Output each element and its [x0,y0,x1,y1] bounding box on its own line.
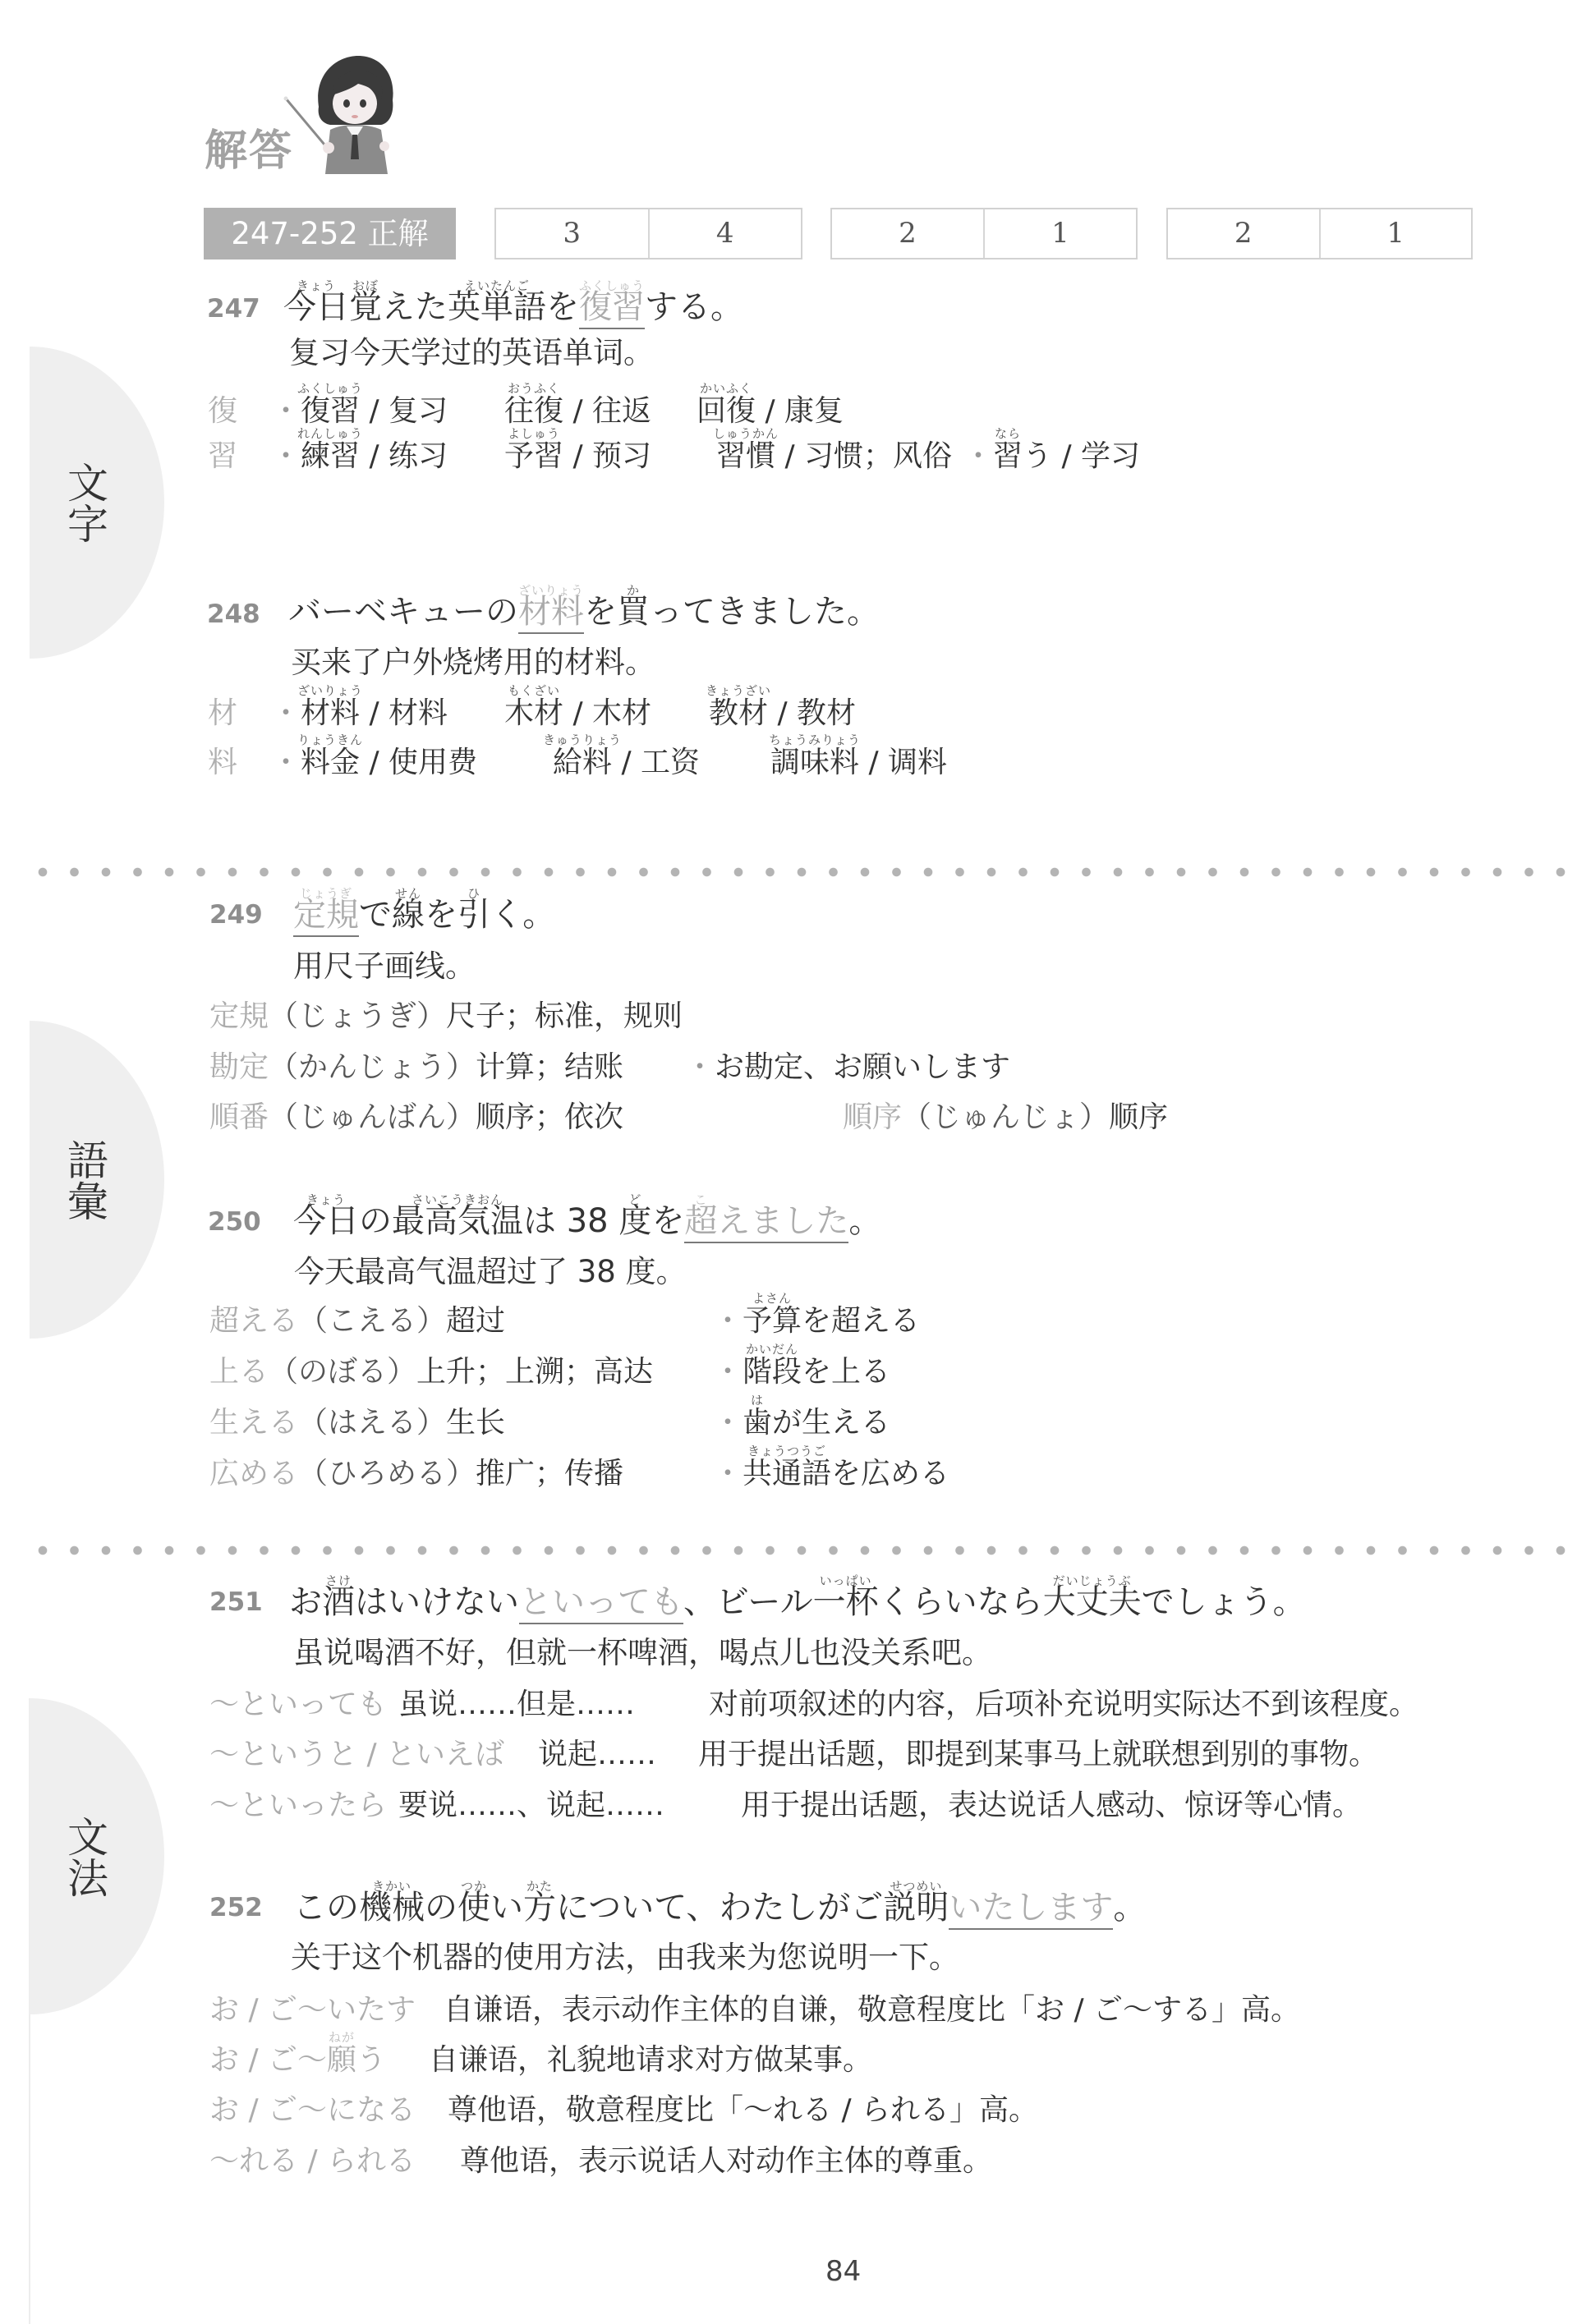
segment-text: はいけない [355,1583,519,1621]
ruby-word: 方かた [523,1887,556,1928]
ruby-word: 今日きょう [283,287,349,328]
segment-text: 酒 [322,1583,355,1621]
kanji-label: 習 [208,438,237,475]
dotted-divider [27,1545,1577,1556]
side-tab-label: 文字 [63,462,106,544]
grammar-explanation: 尊他语，表示说话人对动作主体的尊重。 [460,2143,992,2180]
furigana: さけ [325,1575,352,1587]
text-segment: を [425,894,457,935]
text-segment: 要说……、说起…… [398,1787,664,1825]
reading-text: （こえる） [298,1302,446,1340]
segment-text: 使 [457,1889,490,1927]
segment-text: 一杯 [813,1583,879,1621]
segment-text: 今日 [283,288,349,326]
reading-text: （かんじょう） [269,1049,476,1086]
segment-text: を上る [802,1355,890,1389]
segment-text: / 工资 [612,746,700,779]
segment-text: / 调料 [859,746,947,779]
segment-text: 往復 [504,394,563,428]
question-number: 248 [207,594,260,635]
furigana: きかい [372,1881,411,1893]
vocab-entry: 順番（じゅんばん）顺序；依次 [209,1099,623,1137]
segment-text: を [651,1202,684,1240]
furigana: よしゅう [508,428,560,440]
kanji-label: 材 [208,695,237,733]
vocab-entry: 上る（のぼる）上升；上溯；高达 [209,1353,653,1391]
furigana: なら [995,428,1021,440]
ruby-word: 材料ざいりょう [301,695,360,733]
question-number: 247 [207,288,260,329]
segment-text: 調味料 [770,746,859,779]
segment-text: 英単語 [448,288,546,326]
text-segment: を [651,1201,684,1242]
segment-text: お / ご～いたす [209,1993,416,2027]
furigana: じょうぎ [300,888,352,900]
bullet-dot: ・ [713,1455,743,1493]
furigana: ざいりょう [518,585,584,597]
text-segment: 。 [1113,1887,1146,1928]
segment-text: を [425,896,457,934]
segment-text: 広める [209,1457,298,1490]
segment-text: 今日 [293,1202,359,1240]
segment-text: 度 [618,1202,651,1240]
furigana: ひ [467,888,480,900]
furigana: しゅうかん [713,428,779,440]
side-tab-goi: 語彙 [30,1021,164,1339]
text-segment: の [359,1201,392,1242]
reading-text: （じょうぎ） [269,998,446,1036]
target-word: えました [717,1201,848,1243]
text-segment: 对前项叙述的内容，后项补充说明实际达不到该程度。 [709,1686,1418,1724]
side-tab-label: 語彙 [63,1139,106,1221]
ruby-word: 引ひ [457,894,490,935]
pointer-tip [284,97,288,101]
ruby-word: 願ねが [327,2042,356,2079]
text-segment: 推广；传播 [476,1455,623,1493]
ruby-word: 一杯いっぱい [813,1582,879,1623]
target-word: 復習ふくしゅう [579,287,645,329]
ruby-word: 酒さけ [322,1582,355,1623]
segment-text: く。 [490,896,555,934]
term-text: お / ご～になる [209,2092,416,2129]
text-segment: / 复习 [360,393,448,430]
answer-group-1: 3 4 [494,208,802,259]
segment-text: バーベキューの [288,593,518,631]
page-number: 84 [825,2254,861,2289]
ruby-word: 英単語えいたんご [448,287,546,328]
furigana: いっぱい [820,1575,872,1587]
answer-cell: 4 [648,209,802,258]
grammar-explanation: 自谦语，礼貌地请求对方做某事。 [429,2042,872,2079]
segment-text: 習慣 [716,439,775,473]
segment-text: が生える [772,1406,890,1440]
text-segment: い [490,1887,523,1928]
ruby-word: 復習ふくしゅう [301,393,360,430]
furigana: もくざい [508,685,560,697]
kanji-example: 予習よしゅう / 预习 [504,438,651,475]
bullet-dot: ・ [713,1353,743,1391]
segment-text: 給料 [553,746,612,779]
answer-group-2: 2 1 [830,208,1138,259]
segment-text: / 预习 [563,439,651,473]
segment-text: 用于提出话题，即提到某事马上就联想到别的事物。 [698,1738,1378,1771]
mouth [352,115,358,118]
ruby-word: 習慣しゅうかん [716,438,775,475]
question-sentence: この機械きかいの使つかい方かたについて、わたしがご説明せつめいいたします。 [293,1887,1146,1928]
target-word: といっても [519,1582,683,1624]
term-text: お / ご～いたす [209,1991,416,2029]
segment-text: / 习惯；风俗 [775,439,952,473]
grammar-meaning: 说起…… [538,1736,656,1774]
segment-text: 用于提出话题，表达说话人感动、惊讶等心情。 [741,1789,1362,1822]
translation: 用尺子画线。 [293,948,476,985]
grammar-explanation: 自谦语，表示动作主体的自谦，敬意程度比「お / ご～する」高。 [444,1991,1300,2029]
ruby-word: 調味料ちょうみりょう [770,744,859,782]
segment-text: 超 [684,1202,717,1240]
text-segment: を [584,591,617,632]
text-segment: を [546,287,579,328]
segment-text: ・ [713,1457,743,1490]
segment-text: 上升；上溯；高达 [416,1355,653,1389]
text-segment: 尊他语，表示说话人对动作主体的尊重。 [460,2143,992,2180]
segment-text: ・ [271,394,301,428]
segment-text: 回復 [697,394,756,428]
segment-text: で [359,896,392,934]
side-tab-label: 文法 [63,1816,106,1898]
furigana: きょう [297,280,336,292]
segment-text: えた [382,288,448,326]
text-segment: でしょう。 [1142,1582,1306,1623]
segment-text: （はえる） [298,1406,446,1440]
segment-text: は 38 [523,1202,618,1240]
answer-cell: 3 [496,209,648,258]
segment-text: 要说……、说起…… [398,1789,664,1822]
question-number: 249 [209,894,263,935]
grammar-pattern: お / ご～いたす [209,1991,416,2029]
segment-text: 生长 [446,1406,505,1440]
segment-text: / 复习 [360,394,448,428]
ruby-word: 階段かいだん [743,1353,802,1391]
text-segment: バーベキューの [288,591,518,632]
text-segment: 生长 [446,1404,505,1442]
segment-text: の [425,1889,457,1927]
segment-text: 予習 [504,439,563,473]
kanji-example: ・練習れんしゅう / 练习 [271,438,448,475]
segment-text: ～れる / られる [209,2144,416,2178]
ruby-word: 説明せつめい [883,1887,949,1928]
segment-text: 。 [1113,1889,1146,1927]
target-word: 超こ [684,1201,717,1243]
grammar-pattern: ～といったら [209,1787,387,1825]
furigana: かいだん [746,1343,798,1356]
text-segment: 用于提出话题，表达说话人感动、惊讶等心情。 [741,1787,1362,1825]
term-text: 順序 [843,1099,902,1137]
segment-text: / 练习 [360,439,448,473]
text-segment: する。 [645,287,743,328]
grammar-pattern: お / ご～になる [209,2092,416,2129]
furigana: かいふく [700,383,752,395]
text-segment: 。 [848,1201,881,1242]
text-segment: 计算；结账 [476,1049,623,1086]
text-segment: / 木材 [563,695,651,733]
kanji-example: ・習ならう / 学习 [963,438,1140,475]
question-number: 251 [209,1582,263,1623]
bullet-dot: ・ [685,1049,715,1086]
text-segment: 顺序；依次 [476,1099,623,1137]
segment-text: 尊他语，表示说话人对动作主体的尊重。 [460,2144,992,2178]
furigana: おうふく [508,383,560,395]
right-hand [379,141,389,151]
ruby-word: 給料きゅうりょう [553,744,612,782]
reading-text: （のぼる） [269,1353,416,1391]
text-segment: はいけない [355,1582,519,1623]
furigana: だいじょうぶ [1053,1575,1132,1587]
term-text: 勘定 [209,1049,269,1086]
segment-text: 勘定 [209,1050,269,1084]
segment-text: 尊他语，敬意程度比「～れる / られる」高。 [448,2093,1038,2127]
question-sentence: 今日きょう覚おぼえた英単語えいたんごを復習ふくしゅうする。 [283,287,743,328]
text-segment: を超える [802,1302,920,1340]
furigana: えいたんご [464,280,530,292]
text-segment: を上る [802,1353,890,1391]
kanji-example: ・材料ざいりょう / 材料 [271,695,448,733]
furigana: れんしゅう [297,428,363,440]
segment-text: / 教材 [768,696,856,730]
text-segment: えた [382,287,448,328]
segment-text: 、ビール [683,1583,813,1621]
vocab-entry: 勘定（かんじょう）计算；结账 [209,1049,623,1086]
reading-text: （じゅんじょ） [902,1099,1109,1137]
segment-text: この [293,1889,359,1927]
term-text: ～というと / といえば [209,1736,504,1774]
left-hand [323,142,334,154]
right-eye [360,99,366,108]
segment-text: 定規 [293,896,359,934]
text-segment: を広める [831,1455,949,1493]
segment-text: お勘定、お願いします [715,1050,1010,1084]
kanji-example: 調味料ちょうみりょう / 调料 [770,744,947,782]
segment-text: 説明 [883,1889,949,1927]
grammar-explanation: 对前项叙述的内容，后项补充说明实际达不到该程度。 [709,1686,1418,1724]
kanji-example: 教材きょうざい / 教材 [709,695,856,733]
kanji-label: 復 [208,393,237,430]
ruby-word: 最高気温さいこうきおん [392,1201,523,1242]
segment-text: 推广；传播 [476,1457,623,1490]
answer-group-3: 2 1 [1166,208,1473,259]
segment-text: ・ [685,1050,715,1084]
segment-text: （こえる） [298,1304,446,1338]
dotted-divider [27,866,1577,878]
text-segment: お勘定、お願いします [715,1049,1010,1086]
text-segment: お [289,1582,322,1623]
segment-text: ・ [713,1304,743,1338]
text-segment: / 使用费 [360,744,477,782]
term-text: 定規 [209,998,269,1036]
segment-text: / 木材 [563,696,651,730]
segment-text: を [584,593,617,631]
furigana: せつめい [890,1881,942,1893]
reading-text: （ひろめる） [298,1455,476,1493]
vocab-entry: 超える（こえる）超过 [209,1302,505,1340]
segment-text: を [546,288,579,326]
segment-text: 计算；结账 [476,1050,623,1084]
segment-text: 線 [392,896,425,934]
segment-text: 願 [327,2043,356,2077]
question-number: 252 [209,1887,263,1928]
term-text: 生える [209,1404,298,1442]
segment-text: 说起…… [538,1738,656,1771]
text-segment: 尺子；标准，规则 [446,998,683,1036]
ruby-word: 教材きょうざい [709,695,768,733]
grammar-explanation: 用于提出话题，表达说话人感动、惊讶等心情。 [741,1787,1362,1825]
segment-text: 引 [457,896,490,934]
grammar-pattern: ～といっても [209,1686,387,1724]
vocab-entry: 広める（ひろめる）推广；传播 [209,1455,623,1493]
ruby-word: 買か [617,591,650,632]
furigana: きょう [306,1194,346,1206]
grammar-pattern: ～というと / といえば [209,1736,504,1774]
text-segment: 尊他语，敬意程度比「～れる / られる」高。 [448,2092,1038,2129]
segment-text: / 材料 [360,696,448,730]
grammar-meaning: 虽说……但是…… [398,1686,635,1724]
segment-text: 習 [993,439,1023,473]
grammar-pattern: お / ご～願ねがう [209,2042,386,2079]
text-segment: / 教材 [768,695,856,733]
target-word: 定規じょうぎ [293,894,359,937]
segment-text: ・ [963,439,993,473]
answer-cell: 2 [1168,209,1319,258]
text-segment: く。 [490,894,555,935]
segment-text: 上る [209,1355,269,1389]
segment-text: （ひろめる） [298,1457,476,1490]
ruby-word: 予算よさん [743,1302,802,1340]
vocab-entry: 順序（じゅんじょ）顺序 [843,1099,1168,1137]
segment-text: ってきました。 [650,593,880,631]
furigana: さいこうきおん [411,1194,503,1206]
segment-text: ・ [271,696,301,730]
text-segment: 自谦语，礼貌地请求对方做某事。 [429,2042,872,2079]
segment-text: 。 [848,1202,881,1240]
bullet-dot: ・ [713,1302,743,1340]
furigana: きょうざい [706,685,771,697]
answer-cell: 2 [832,209,983,258]
reading-text: （じゅんばん） [269,1099,476,1137]
furigana: かた [526,1881,553,1893]
vocab-entry: 生える（はえる）生长 [209,1404,505,1442]
ruby-word: 木材もくざい [504,695,563,733]
segment-text: 方 [523,1889,556,1927]
segment-text: （かんじょう） [269,1050,476,1084]
segment-text: 超える [209,1304,298,1338]
segment-text: する。 [645,288,743,326]
ruby-word: 使つか [457,1887,490,1928]
vocab-entry: 定規（じょうぎ）尺子；标准，规则 [209,998,683,1036]
text-segment: について、わたしがご [556,1887,883,1928]
ruby-word: 回復かいふく [697,393,756,430]
vocab-example: ・階段かいだんを上る [713,1353,890,1391]
segment-text: 大丈夫 [1043,1583,1142,1621]
segment-text: 教材 [709,696,768,730]
grammar-meaning: 要说……、说起…… [398,1787,664,1825]
furigana: りょうきん [297,734,363,746]
segment-text: 共通語 [743,1457,831,1490]
kanji-example: 木材もくざい / 木材 [504,695,651,733]
segment-text: / 往返 [563,394,651,428]
furigana: きゅうりょう [543,734,622,746]
segment-text: 覚 [349,288,382,326]
segment-text: / 使用费 [360,746,477,779]
segment-text: 最高気温 [392,1202,523,1240]
ruby-word: 習なら [993,438,1023,475]
term-text: 広める [209,1455,298,1493]
furigana: つか [461,1881,487,1893]
text-segment: / 往返 [563,393,651,430]
segment-text: 顺序；依次 [476,1100,623,1134]
furigana: よさん [752,1293,792,1305]
text-segment: / 材料 [360,695,448,733]
text-segment: 说起…… [538,1736,656,1774]
segment-text: 自谦语，礼貌地请求对方做某事。 [429,2043,872,2077]
segment-text: といっても [519,1583,683,1621]
bullet-dot: ・ [963,438,993,475]
segment-text: う / 学习 [1023,439,1140,473]
ruby-word: 往復おうふく [504,393,563,430]
kanji-example: ・料金りょうきん / 使用费 [271,744,477,782]
segment-text: 材料 [518,593,584,631]
text-segment: 上升；上溯；高达 [416,1353,653,1391]
segment-text: 木材 [504,696,563,730]
ruby-word: 度ど [618,1201,651,1242]
term-text: お / ご～ [209,2042,327,2079]
segment-text: う [356,2043,386,2077]
segment-text: お [289,1583,322,1621]
grammar-explanation: 尊他语，敬意程度比「～れる / られる」高。 [448,2092,1038,2129]
furigana: は [751,1394,764,1407]
ruby-word: 大丈夫だいじょうぶ [1043,1582,1142,1623]
vocab-example: ・予算よさんを超える [713,1302,920,1340]
term-text: ～れる / られる [209,2143,416,2180]
furigana: ど [628,1194,641,1206]
text-segment: の [425,1887,457,1928]
translation: 虽说喝酒不好，但就一杯啤酒，喝点儿也没关系吧。 [293,1634,992,1672]
segment-text: の [359,1202,392,1240]
segment-text: お / ご～ [209,2043,327,2077]
furigana: ねが [329,2032,355,2044]
ruby-word: 機械きかい [359,1887,425,1928]
question-sentence: バーベキューの材料ざいりょうを買かってきました。 [288,591,880,632]
segment-text: 練習 [301,439,360,473]
segment-text: ～といっても [209,1688,387,1721]
segment-text: ・ [713,1406,743,1440]
segment-text: ・ [713,1355,743,1389]
text-segment: 自谦语，表示动作主体的自谦，敬意程度比「お / ご～する」高。 [444,1991,1300,2029]
kanji-example: 給料きゅうりょう / 工资 [553,744,700,782]
kanji-example: 往復おうふく / 往返 [504,393,651,430]
term-text: 上る [209,1353,269,1391]
question-sentence: お酒さけはいけないといっても、ビール一杯いっぱいくらいなら大丈夫だいじょうぶでし… [289,1582,1306,1623]
segment-text: 生える [209,1406,298,1440]
ruby-word: 練習れんしゅう [301,438,360,475]
segment-text: ・ [271,439,301,473]
furigana: ざいりょう [297,685,363,697]
segment-text: いたします [949,1889,1113,1927]
text-segment: 、ビール [683,1582,813,1623]
term-text: 超える [209,1302,298,1340]
segment-text: 買 [617,593,650,631]
text-segment: が生える [772,1404,890,1442]
reading-text: （はえる） [298,1404,446,1442]
furigana: せん [395,888,421,900]
